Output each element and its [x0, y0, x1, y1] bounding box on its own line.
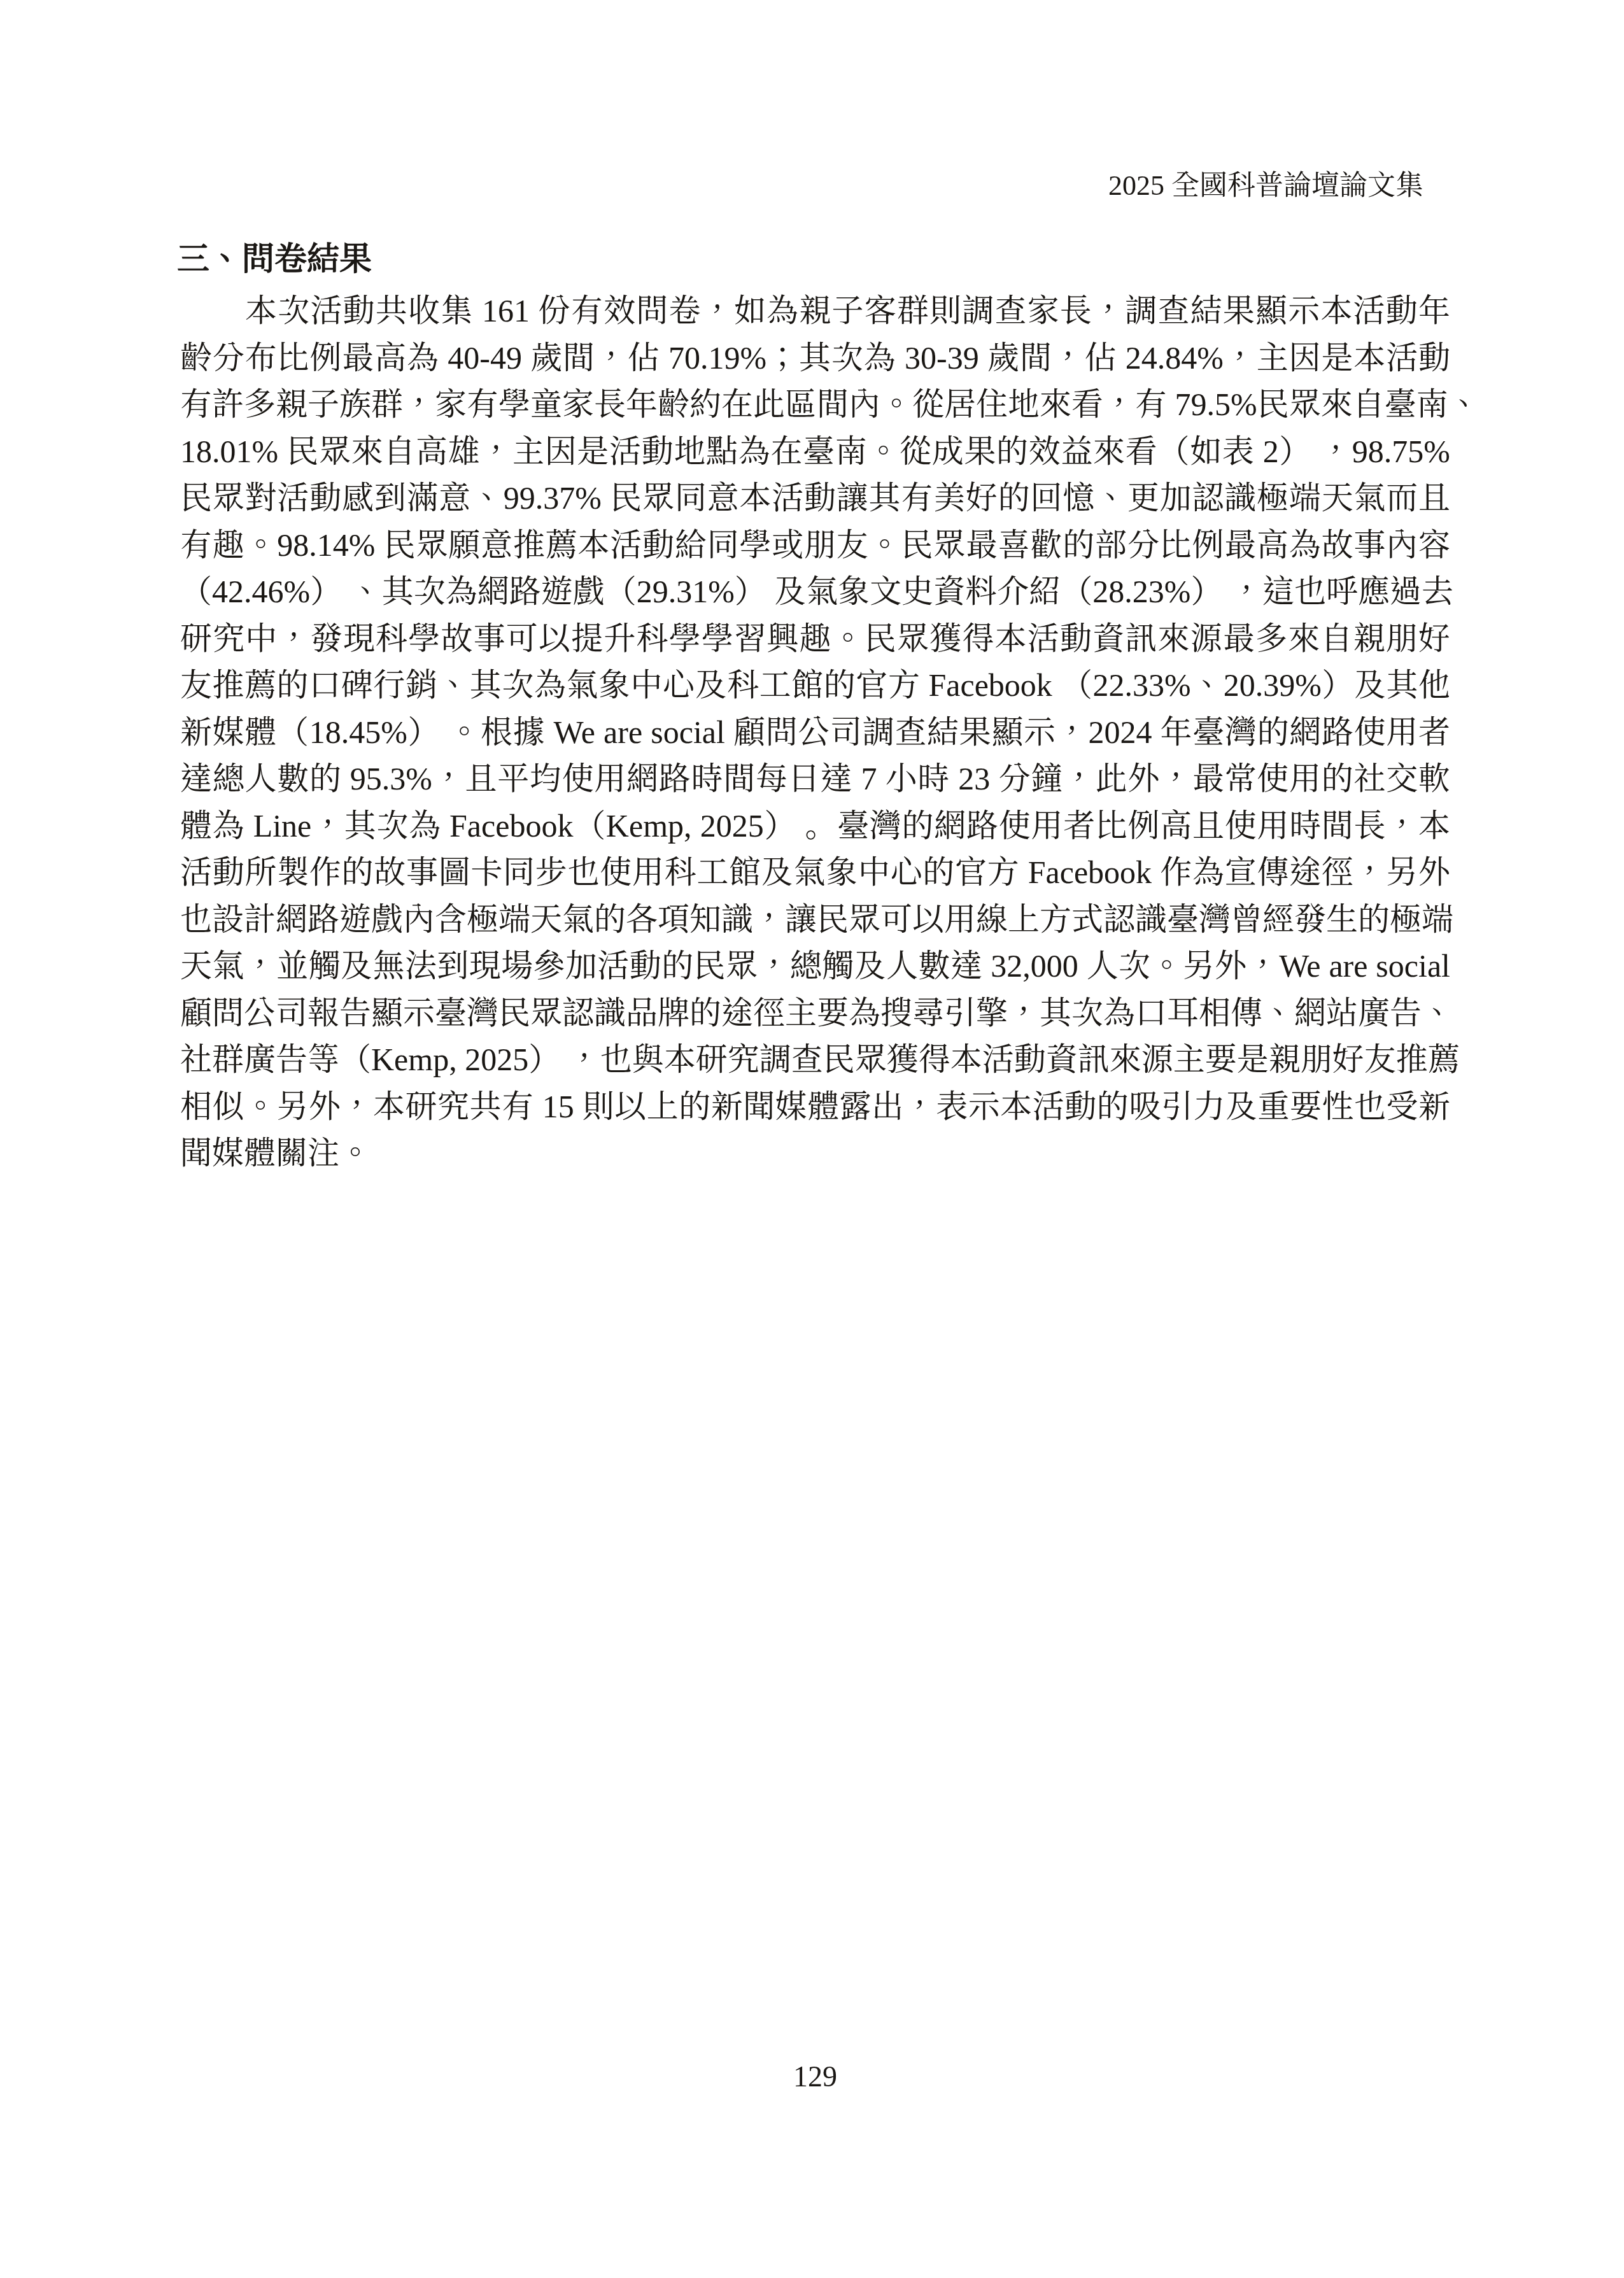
paragraph-line: 有趣。98.14% 民眾願意推薦本活動給同學或朋友。民眾最喜歡的部分比例最高為故…	[180, 522, 1450, 569]
paragraph-line: 新媒體（18.45%） 。根據 We are social 顧問公司調查結果顯示…	[180, 709, 1450, 756]
paragraph-line: 社群廣告等（Kemp, 2025） ，也與本研究調查民眾獲得本活動資訊來源主要是…	[180, 1036, 1450, 1084]
paragraph-line: 體為 Line，其次為 Facebook（Kemp, 2025） 。臺灣的網路使…	[180, 803, 1450, 850]
paragraph-line: 民眾對活動感到滿意、99.37% 民眾同意本活動讓其有美好的回憶、更加認識極端天…	[180, 475, 1450, 522]
paragraph-line: 天氣，並觸及無法到現場參加活動的民眾，總觸及人數達 32,000 人次。另外，W…	[180, 943, 1450, 990]
paragraph-line: 有許多親子族群，家有學童家長年齡約在此區間內。從居住地來看，有 79.5%民眾來…	[180, 381, 1450, 428]
paragraph-line: 研究中，發現科學故事可以提升科學學習興趣。民眾獲得本活動資訊來源最多來自親朋好	[180, 616, 1450, 663]
paragraph-line: 友推薦的口碑行銷、其次為氣象中心及科工館的官方 Facebook （22.33%…	[180, 662, 1450, 709]
section-heading: 三、問卷結果	[177, 241, 372, 279]
paragraph-line: （42.46%） 、其次為網路遊戲（29.31%） 及氣象文史資料介紹（28.2…	[180, 569, 1450, 616]
paragraph-line: 本次活動共收集 161 份有效問卷，如為親子客群則調查家長，調查結果顯示本活動年	[180, 288, 1450, 335]
paragraph: 本次活動共收集 161 份有效問卷，如為親子客群則調查家長，調查結果顯示本活動年…	[180, 288, 1450, 1177]
paragraph-line: 顧問公司報告顯示臺灣民眾認識品牌的途徑主要為搜尋引擎，其次為口耳相傳、網站廣告、	[180, 990, 1450, 1037]
paragraph-line: 活動所製作的故事圖卡同步也使用科工館及氣象中心的官方 Facebook 作為宣傳…	[180, 849, 1450, 896]
paragraph-line: 達總人數的 95.3%，且平均使用網路時間每日達 7 小時 23 分鐘，此外，最…	[180, 756, 1450, 803]
paragraph-line: 聞媒體關注。	[180, 1130, 1450, 1177]
paragraph-line: 相似。另外，本研究共有 15 則以上的新聞媒體露出，表示本活動的吸引力及重要性也…	[180, 1084, 1450, 1131]
paragraph-line: 18.01% 民眾來自高雄，主因是活動地點為在臺南。從成果的效益來看（如表 2）…	[180, 428, 1450, 476]
document-page: 2025 全國科普論壇論文集 三、問卷結果 本次活動共收集 161 份有效問卷，…	[0, 0, 1624, 2278]
paragraph-line: 也設計網路遊戲內含極端天氣的各項知識，讓民眾可以用線上方式認識臺灣曾經發生的極端	[180, 896, 1450, 944]
paragraph-line: 齡分布比例最高為 40-49 歲間，佔 70.19%；其次為 30-39 歲間，…	[180, 335, 1450, 382]
page-number: 129	[180, 2059, 1450, 2095]
running-header: 2025 全國科普論壇論文集	[180, 169, 1423, 202]
